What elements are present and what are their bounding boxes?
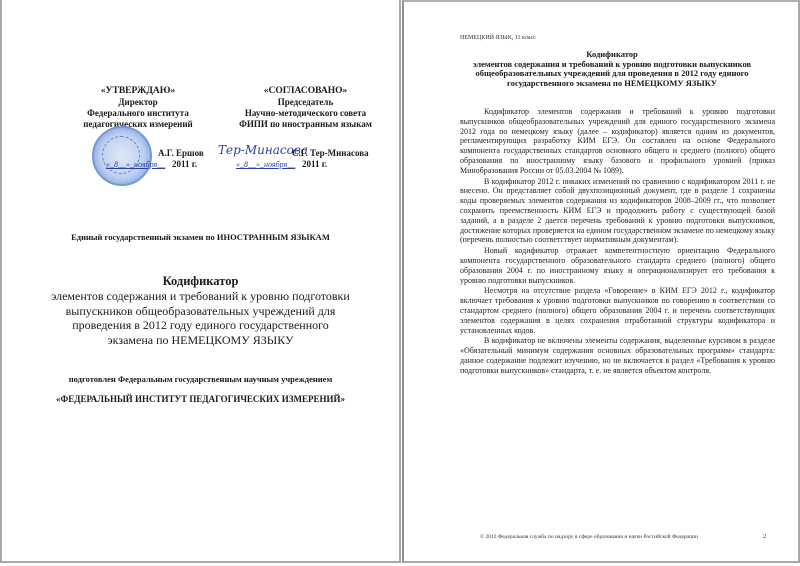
- paragraph: Кодификатор элементов содержания и требо…: [460, 107, 775, 176]
- running-header: НЕМЕЦКИЙ ЯЗЫК, 11 класс: [460, 35, 536, 41]
- approved-org-line1: Федерального института: [78, 108, 198, 119]
- document-subtitle: элементов содержания и требований к уров…: [10, 289, 391, 347]
- approved-heading: «УТВЕРЖДАЮ»: [78, 86, 198, 97]
- body-text: Кодификатор элементов содержания и требо…: [460, 107, 775, 377]
- subtitle-line: проведения в 2012 году единого государст…: [10, 318, 391, 333]
- approved-position: Директор: [78, 97, 198, 108]
- content-title: Кодификатор элементов содержания и требо…: [442, 50, 782, 88]
- page-footer: © 2012 Федеральная служба по надзору в с…: [480, 534, 698, 540]
- paragraph: В кодификатор не включены элементы содер…: [460, 336, 775, 375]
- agreed-heading: «СОГЛАСОВАНО»: [233, 86, 378, 97]
- institute-name: «ФЕДЕРАЛЬНЫЙ ИНСТИТУТ ПЕДАГОГИЧЕСКИХ ИЗМ…: [0, 394, 401, 404]
- agreed-date-handwritten: «_8__»_ноября__: [236, 159, 295, 170]
- agreed-org-line2: ФИПИ по иностранным языкам: [233, 119, 378, 130]
- approval-block: «УТВЕРЖДАЮ» Директор Федерального инстит…: [78, 86, 378, 130]
- agreed-position: Председатель: [233, 97, 378, 108]
- paragraph: В кодификатор 2012 г. никаких изменений …: [460, 177, 775, 246]
- paragraph: Несмотря на отсутствие раздела «Говорени…: [460, 286, 775, 335]
- page-number: 2: [763, 533, 766, 540]
- agreed-org-line1: Научно-методического совета: [233, 108, 378, 119]
- subtitle-line: элементов содержания и требований к уров…: [10, 289, 391, 304]
- agreed-signer: С.Г. Тер-Минасова: [292, 148, 369, 159]
- agreed-date-year: 2011 г.: [302, 159, 327, 170]
- approved-section: «УТВЕРЖДАЮ» Директор Федерального инстит…: [78, 86, 198, 130]
- approved-date-handwritten: «_8__»_ноября__: [106, 159, 165, 170]
- exam-title: Единый государственный экзамен по ИНОСТР…: [0, 232, 401, 242]
- agreed-section: «СОГЛАСОВАНО» Председатель Научно-методи…: [233, 86, 378, 130]
- approved-signer: А.Г. Ершов: [158, 148, 204, 159]
- document-title: Кодификатор: [0, 274, 401, 289]
- subtitle-line: выпускников общеобразовательных учрежден…: [10, 304, 391, 319]
- approved-org-line2: педагогических измерений: [78, 119, 198, 130]
- prepared-by: подготовлен Федеральным государственным …: [0, 374, 401, 384]
- approved-date-year: 2011 г.: [172, 159, 197, 170]
- official-seal-icon: [92, 126, 152, 186]
- subtitle-line: экзамена по НЕМЕЦКОМУ ЯЗЫКУ: [10, 333, 391, 348]
- content-subtitle-line: государственного экзамена по НЕМЕЦКОМУ Я…: [442, 79, 782, 89]
- paragraph: Новый кодификатор отражает компетентност…: [460, 246, 775, 285]
